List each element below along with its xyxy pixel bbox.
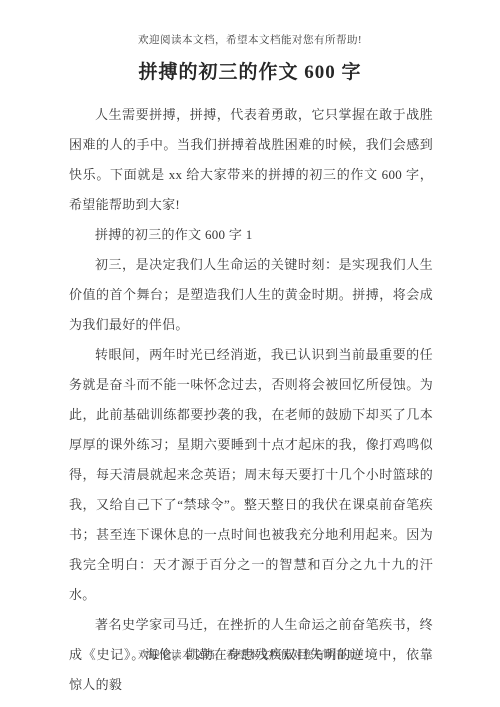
paragraph: 转眼间，两年时光已经消逝，我已认识到当前最重要的任务就是奋斗而不能一味怀念过去，…: [69, 340, 433, 610]
header-note: 欢迎阅读本文档，希望本文档能对您有所帮助!: [0, 32, 500, 47]
footer-note: 欢迎阅读本文档，希望本文档能对您有所帮助!: [0, 647, 500, 662]
document-page: 欢迎阅读本文档，希望本文档能对您有所帮助! 拼搏的初三的作文 600 字 人生需…: [0, 0, 500, 707]
document-title: 拼搏的初三的作文 600 字: [0, 57, 500, 84]
paragraph-intro: 人生需要拼搏，拼搏，代表着勇敢，它只掌握在敢于战胜困难的人的手中。当我们拼搏着战…: [69, 100, 433, 220]
section-heading: 拼搏的初三的作文 600 字 1: [69, 220, 433, 250]
paragraph: 初三，是决定我们人生命运的关键时刻：是实现我们人生价值的首个舞台；是塑造我们人生…: [69, 250, 433, 340]
document-body: 人生需要拼搏，拼搏，代表着勇敢，它只掌握在敢于战胜困难的人的手中。当我们拼搏着战…: [69, 100, 433, 700]
